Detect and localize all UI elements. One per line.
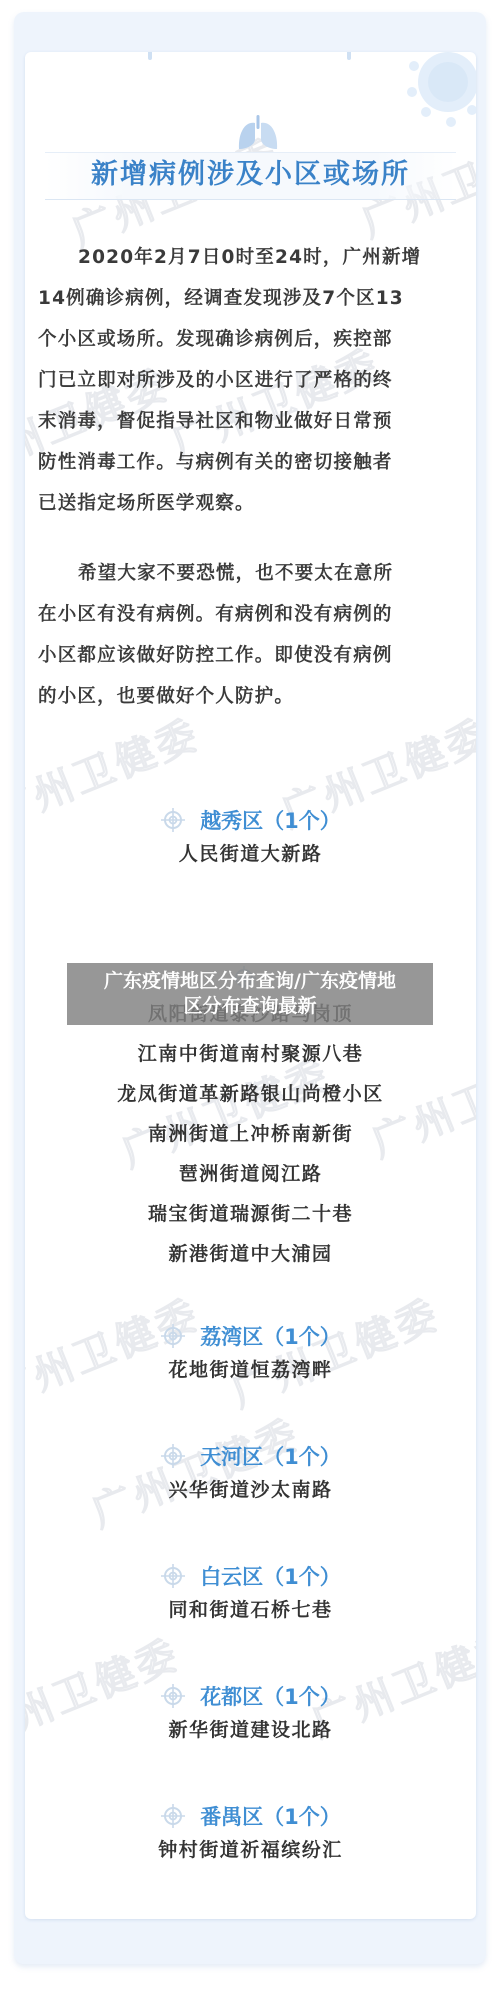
district-name: 荔湾区（1个） [200,1321,341,1351]
target-crosshair-icon [160,1803,186,1829]
address: 钟村街道祈福缤纷汇 [25,1835,476,1865]
paragraph-line: 末消毒，督促指导社区和物业做好日常预 [38,401,458,442]
target-crosshair-icon [160,1563,186,1589]
district-name: 越秀区（1个） [200,805,341,835]
district-name: 白云区（1个） [200,1561,341,1591]
paragraph-line: 2020年2月7日0时至24时，广州新增 [38,237,458,278]
paragraph-line: 14例确诊病例，经调查发现涉及7个区13 [38,278,458,319]
paragraph-line: 防性消毒工作。与病例有关的密切接触者 [38,442,458,483]
district-name: 天河区（1个） [200,1441,341,1471]
paragraph-intro: 2020年2月7日0时至24时，广州新增 14例确诊病例，经调查发现涉及7个区1… [38,237,458,524]
paragraph-line: 门已立即对所涉及的小区进行了严格的终 [38,360,458,401]
address: 南洲街道上冲桥南新街 [25,1119,476,1149]
district-header-tianhe: 天河区（1个） [25,1441,476,1471]
paragraph-line: 在小区有没有病例。有病例和没有病例的 [38,594,458,635]
district-name: 花都区（1个） [200,1681,341,1711]
district-name: 番禺区（1个） [200,1801,341,1831]
paragraph-line: 已送指定场所医学观察。 [38,483,458,524]
paragraph-line-text: 希望大家不要恐慌，也不要太在意所 [78,563,393,584]
banner-line: 区分布查询最新 [67,994,433,1019]
lungs-icon [235,115,281,151]
address: 花地街道恒荔湾畔 [25,1355,476,1385]
card-tick [347,52,351,60]
address: 江南中街道南村聚源八巷 [25,1039,476,1069]
paragraph-line: 个小区或场所。发现确诊病例后，疾控部 [38,319,458,360]
paragraph-advice: 希望大家不要恐慌，也不要太在意所 在小区有没有病例。有病例和没有病例的 小区都应… [38,553,458,717]
paragraph-line: 的小区，也要做好个人防护。 [38,676,458,717]
target-crosshair-icon [160,807,186,833]
target-crosshair-icon [160,1683,186,1709]
address: 人民街道大新路 [25,839,476,869]
page-title: 新增病例涉及小区或场所 [25,152,476,198]
address: 同和街道石桥七巷 [25,1595,476,1625]
address: 瑞宝街道瑞源街二十巷 [25,1199,476,1229]
address: 兴华街道沙太南路 [25,1475,476,1505]
district-header-panyu: 番禺区（1个） [25,1801,476,1831]
paragraph-line: 小区都应该做好防控工作。即使没有病例 [38,635,458,676]
district-header-liwan: 荔湾区（1个） [25,1321,476,1351]
virus-icon [386,52,476,142]
district-header-huadu: 花都区（1个） [25,1681,476,1711]
district-header-baiyun: 白云区（1个） [25,1561,476,1591]
address: 新港街道中大浦园 [25,1239,476,1269]
address: 琶洲街道阅江路 [25,1159,476,1189]
address: 新华街道建设北路 [25,1715,476,1745]
target-crosshair-icon [160,1443,186,1469]
overlay-title-banner: 广东疫情地区分布查询/广东疫情地 区分布查询最新 [67,963,433,1025]
target-crosshair-icon [160,1323,186,1349]
paragraph-line-text: 2020年2月7日0时至24时，广州新增 [78,247,421,268]
banner-line: 广东疫情地区分布查询/广东疫情地 [67,969,433,994]
address: 龙凤街道革新路银山尚橙小区 [25,1079,476,1109]
paragraph-line: 希望大家不要恐慌，也不要太在意所 [38,553,458,594]
district-header-yuexiu: 越秀区（1个） [25,805,476,835]
card-tick [148,52,152,60]
